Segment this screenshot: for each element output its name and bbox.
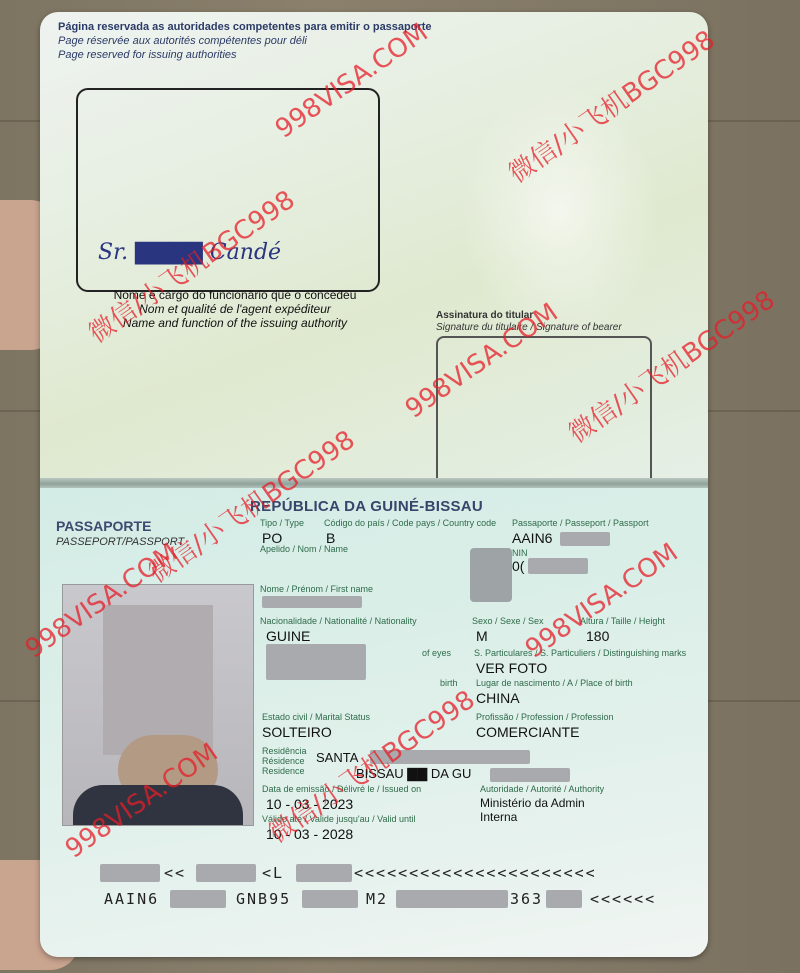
emblem-watermark	[460, 82, 660, 342]
bearer-signature-label: Assinatura do titular Signature du titul…	[436, 310, 622, 334]
redaction	[370, 750, 530, 764]
holder-photo	[62, 584, 254, 826]
redaction	[296, 864, 352, 882]
sex-label: Sexo / Sexe / Sex	[472, 616, 544, 626]
redaction	[170, 890, 226, 908]
bearer-signature-box	[436, 336, 652, 490]
mrz-line2-c: M2	[366, 890, 388, 908]
nin-value: 0(	[512, 558, 524, 574]
header-fr: Page réservée aux autorités compétentes …	[58, 34, 432, 48]
residence-line-2: BISSAU ▇▇ DA GU	[356, 766, 471, 782]
photo-detail	[73, 785, 243, 825]
caption-fr: Nom et qualité de l'agent expéditeur	[90, 302, 380, 316]
profession-value: COMERCIANTE	[476, 724, 579, 740]
caption-en: Name and function of the issuing authori…	[90, 316, 380, 330]
passport-no-label: Passaporte / Passeport / Passport	[512, 518, 649, 528]
marital-label: Estado civil / Marital Status	[262, 712, 370, 722]
bearer-label-multi: Signature du titulaire / Signature of be…	[436, 322, 622, 334]
passport-no-value: AAIN6	[512, 530, 552, 546]
ghost-photo-redaction	[470, 548, 512, 602]
country-title: REPÚBLICA DA GUINÉ-BISSAU	[250, 498, 483, 515]
header-en: Page reserved for issuing authorities	[58, 48, 432, 62]
data-page: REPÚBLICA DA GUINÉ-BISSAU PASSAPORTE PAS…	[40, 488, 708, 957]
redaction	[196, 864, 256, 882]
residence-label-en: Residence	[262, 766, 307, 776]
redaction	[262, 596, 362, 608]
marital-value: SOLTEIRO	[262, 724, 332, 740]
authority-header: Página reservada as autoridades competen…	[58, 20, 432, 62]
redaction	[560, 532, 610, 546]
residence-line-1: SANTA	[316, 750, 358, 765]
redaction	[546, 890, 582, 908]
nationality-label: Nacionalidade / Nationalité / Nationalit…	[260, 616, 417, 626]
valid-value: 10 - 03 - 2028	[266, 826, 353, 842]
residence-label-fr: Résidence	[262, 756, 307, 766]
place-birth-label: Lugar de nascimento / A / Place of birth	[476, 678, 633, 688]
mrz-line2-d: 363	[510, 890, 543, 908]
face-redaction	[103, 605, 213, 755]
place-birth-value: CHINA	[476, 690, 520, 706]
type-label: Tipo / Type	[260, 518, 304, 528]
marks-label: S. Particulares / S. Particuliers / Dist…	[474, 648, 686, 658]
bearer-label-pt: Assinatura do titular	[436, 310, 622, 322]
issuer-caption: Nome e cargo do funcionário que o conced…	[90, 288, 380, 330]
mrz-line2-b: GNB95	[236, 890, 291, 908]
mrz-line2-a: AAIN6	[104, 890, 159, 908]
nin-label: NIN	[512, 548, 528, 558]
surname-label: Apelido / Nom / Name	[260, 544, 348, 554]
height-value: 180	[586, 628, 609, 644]
country-code-label: Código do país / Code pays / Country cod…	[324, 518, 496, 528]
caption-pt: Nome e cargo do funcionário que o conced…	[90, 288, 380, 302]
authority-value-2: Interna	[480, 810, 517, 824]
nationality-value: GUINE	[266, 628, 310, 644]
doc-title: PASSAPORTE	[56, 518, 151, 534]
height-label: Altura / Taille / Height	[580, 616, 665, 626]
authority-value-1: Ministério da Admin	[480, 796, 585, 810]
authority-label: Autoridade / Autorité / Authority	[480, 784, 604, 794]
passport-booklet: Página reservada as autoridades competen…	[40, 12, 708, 957]
header-pt: Página reservada as autoridades competen…	[58, 20, 432, 34]
authority-page: Página reservada as autoridades competen…	[40, 12, 708, 480]
issued-label: Data de emissão / Délivré le / Issued on	[262, 784, 421, 794]
mrz-line1-c: <<<<<<<<<<<<<<<<<<<<<<	[354, 864, 597, 882]
redaction	[266, 644, 366, 680]
redaction	[490, 768, 570, 782]
issuer-signature: Sr. ▇▇▇▇ Candé	[98, 240, 281, 265]
residence-label: Residência Résidence Residence	[262, 746, 307, 776]
mrz-line1-a: <<	[164, 864, 186, 882]
valid-label: Válido até / Valide jusqu'au / Valid unt…	[262, 814, 415, 824]
profession-label: Profissão / Profession / Profession	[476, 712, 614, 722]
residence-label-pt: Residência	[262, 746, 307, 756]
issued-value: 10 - 03 - 2023	[266, 796, 353, 812]
redaction	[396, 890, 508, 908]
redaction	[302, 890, 358, 908]
marks-value: VER FOTO	[476, 660, 547, 676]
redaction	[528, 558, 588, 574]
eyes-label: of eyes	[422, 648, 451, 658]
doc-subtitle: PASSEPORT/PASSPORT	[56, 536, 184, 548]
birth-label: birth	[440, 678, 458, 688]
firstname-label: Nome / Prénom / First name	[260, 584, 373, 594]
mrz-line2-e: <<<<<<	[590, 890, 656, 908]
redaction	[100, 864, 160, 882]
sex-value: M	[476, 628, 488, 644]
mrz-line1-b: <L	[262, 864, 284, 882]
